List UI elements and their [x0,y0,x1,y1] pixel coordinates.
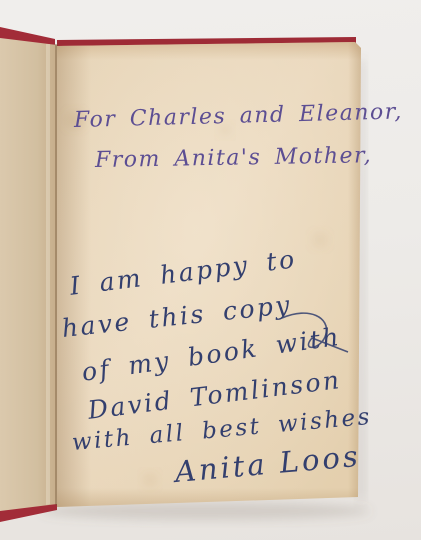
page-shading [57,40,362,510]
open-book-illustration [0,0,421,540]
endpaper-fold-highlight [46,44,50,505]
book-photo: For Charles and Eleanor, From Anita's Mo… [0,0,421,540]
